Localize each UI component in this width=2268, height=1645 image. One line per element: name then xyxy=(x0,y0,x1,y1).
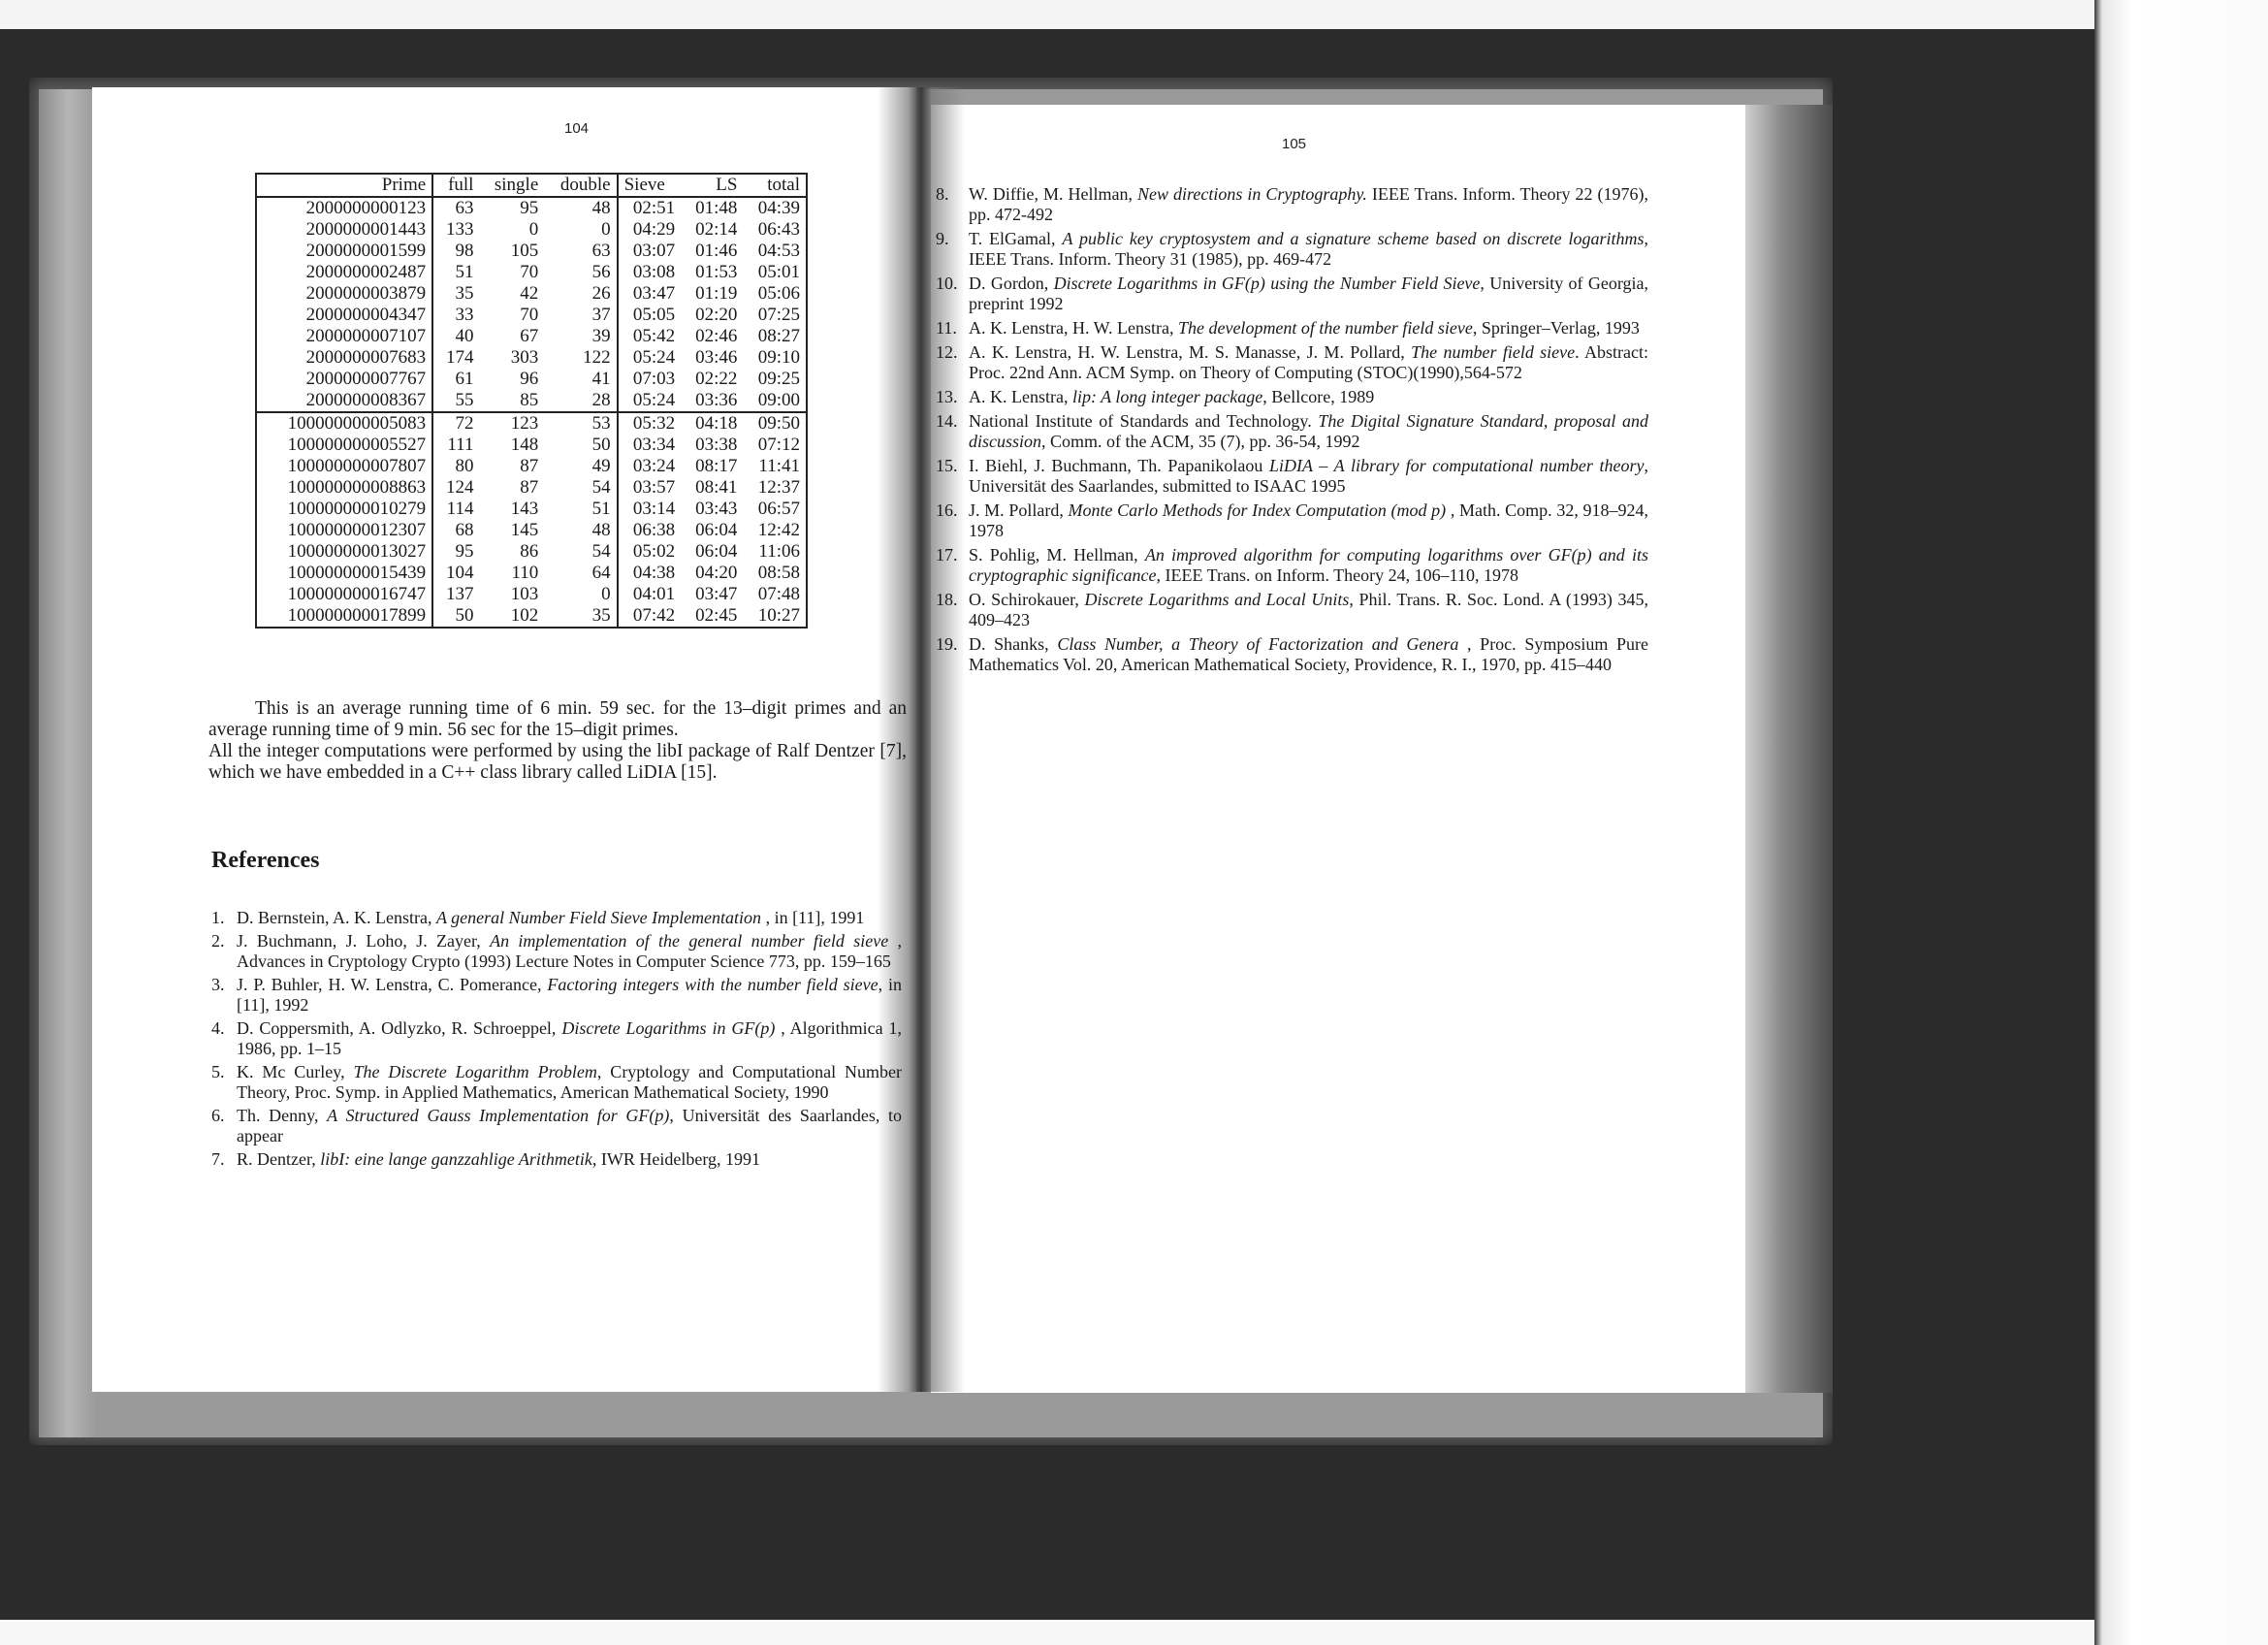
cell-double: 0 xyxy=(544,584,617,605)
reference-number: 9. xyxy=(936,229,949,249)
reference-item: 10.D. Gordon, Discrete Logarithms in GF(… xyxy=(936,274,1648,314)
cell-sieve: 05:24 xyxy=(618,347,682,369)
cell-prime: 2000000001599 xyxy=(256,241,432,262)
reference-number: 10. xyxy=(936,274,958,294)
cell-prime: 100000000015439 xyxy=(256,563,432,584)
cell-ls: 08:17 xyxy=(681,456,743,477)
cell-total: 07:12 xyxy=(743,435,807,456)
reference-number: 5. xyxy=(211,1062,225,1082)
cell-ls: 06:04 xyxy=(681,541,743,563)
cell-ls: 06:04 xyxy=(681,520,743,541)
cell-total: 09:10 xyxy=(743,347,807,369)
reference-authors: A. K. Lenstra, H. W. Lenstra, xyxy=(969,318,1178,338)
reference-title: Factoring integers with the number field… xyxy=(547,975,878,994)
cell-single: 87 xyxy=(479,477,544,499)
cell-single: 103 xyxy=(479,584,544,605)
cell-double: 26 xyxy=(544,283,617,305)
page-number-left: 104 xyxy=(564,120,589,137)
reference-details: , IEEE Trans. on Inform. Theory 24, 106–… xyxy=(1156,565,1517,585)
cell-total: 12:42 xyxy=(743,520,807,541)
reference-number: 4. xyxy=(211,1018,225,1039)
reference-item: 17.S. Pohlig, M. Hellman, An improved al… xyxy=(936,545,1648,586)
reference-number: 7. xyxy=(211,1149,225,1170)
cell-prime: 100000000010279 xyxy=(256,499,432,520)
cell-ls: 01:48 xyxy=(681,197,743,219)
cell-total: 05:06 xyxy=(743,283,807,305)
col-header-double: double xyxy=(544,174,617,197)
reference-authors: A. K. Lenstra, xyxy=(969,387,1072,406)
cell-single: 95 xyxy=(479,197,544,219)
reference-number: 8. xyxy=(936,184,949,205)
reference-title: LiDIA – A library for computational numb… xyxy=(1269,456,1645,475)
cell-ls: 01:46 xyxy=(681,241,743,262)
cell-sieve: 03:14 xyxy=(618,499,682,520)
table-row: 10000000000780780874903:2408:1711:41 xyxy=(256,456,807,477)
reference-details: , IWR Heidelberg, 1991 xyxy=(592,1149,760,1169)
reference-title: Discrete Logarithms in GF(p) xyxy=(561,1018,775,1038)
cell-full: 50 xyxy=(432,605,479,628)
cell-total: 07:25 xyxy=(743,305,807,326)
reference-title: A general Number Field Sieve Implementat… xyxy=(436,908,761,927)
reference-title: Discrete Logarithms and Local Units xyxy=(1085,590,1350,609)
cell-single: 303 xyxy=(479,347,544,369)
reference-authors: S. Pohlig, M. Hellman, xyxy=(969,545,1145,564)
reference-title: The number field sieve xyxy=(1411,342,1575,362)
table-header-row: Prime full single double Sieve LS total xyxy=(256,174,807,197)
table-row: 200000000768317430312205:2403:4609:10 xyxy=(256,347,807,369)
table-row: 1000000000055271111485003:3403:3807:12 xyxy=(256,435,807,456)
reference-item: 14.National Institute of Standards and T… xyxy=(936,411,1648,452)
cell-full: 104 xyxy=(432,563,479,584)
cell-total: 12:37 xyxy=(743,477,807,499)
reference-authors: D. Shanks, xyxy=(969,634,1057,654)
reference-item: 12.A. K. Lenstra, H. W. Lenstra, M. S. M… xyxy=(936,342,1648,383)
reference-authors: A. K. Lenstra, H. W. Lenstra, M. S. Mana… xyxy=(969,342,1411,362)
cell-full: 95 xyxy=(432,541,479,563)
table-row: 100000000005083721235305:3204:1809:50 xyxy=(256,412,807,435)
cell-sieve: 02:51 xyxy=(618,197,682,219)
cell-double: 64 xyxy=(544,563,617,584)
reference-authors: K. Mc Curley, xyxy=(237,1062,354,1081)
reference-item: 18.O. Schirokauer, Discrete Logarithms a… xyxy=(936,590,1648,630)
reference-title: The Discrete Logarithm Problem xyxy=(354,1062,597,1081)
reference-item: 4.D. Coppersmith, A. Odlyzko, R. Schroep… xyxy=(211,1018,902,1059)
reference-title: Class Number, a Theory of Factorization … xyxy=(1057,634,1458,654)
cell-full: 111 xyxy=(432,435,479,456)
cell-double: 39 xyxy=(544,326,617,347)
results-paragraph: This is an average running time of 6 min… xyxy=(208,698,907,784)
cell-full: 55 xyxy=(432,390,479,412)
cell-ls: 03:47 xyxy=(681,584,743,605)
cell-ls: 04:18 xyxy=(681,412,743,435)
reference-title: The development of the number field siev… xyxy=(1178,318,1473,338)
cell-sieve: 05:32 xyxy=(618,412,682,435)
cell-ls: 04:20 xyxy=(681,563,743,584)
reference-details: , Comm. of the ACM, 35 (7), pp. 36-54, 1… xyxy=(1041,432,1360,451)
reference-number: 12. xyxy=(936,342,958,363)
col-header-total: total xyxy=(743,174,807,197)
cell-total: 11:41 xyxy=(743,456,807,477)
reference-number: 11. xyxy=(936,318,957,339)
reference-title: libI: eine lange ganzzahlige Arithmetik xyxy=(320,1149,592,1169)
reference-title: lip: A long integer package xyxy=(1072,387,1262,406)
cell-double: 54 xyxy=(544,541,617,563)
table-row: 100000000012307681454806:3806:0412:42 xyxy=(256,520,807,541)
table-row: 2000000001599981056303:0701:4604:53 xyxy=(256,241,807,262)
scan-top-margin xyxy=(0,0,2268,29)
reference-item: 3.J. P. Buhler, H. W. Lenstra, C. Pomera… xyxy=(211,975,902,1016)
cell-single: 85 xyxy=(479,390,544,412)
cell-double: 54 xyxy=(544,477,617,499)
cell-full: 68 xyxy=(432,520,479,541)
cell-single: 70 xyxy=(479,305,544,326)
cell-single: 110 xyxy=(479,563,544,584)
reference-title: An implementation of the general number … xyxy=(490,931,888,951)
cell-total: 04:39 xyxy=(743,197,807,219)
table-row: 200000000387935422603:4701:1905:06 xyxy=(256,283,807,305)
cell-full: 63 xyxy=(432,197,479,219)
cell-full: 137 xyxy=(432,584,479,605)
cell-sieve: 07:03 xyxy=(618,369,682,390)
cell-full: 124 xyxy=(432,477,479,499)
cell-prime: 100000000016747 xyxy=(256,584,432,605)
reference-details: , in [11], 1991 xyxy=(761,908,864,927)
col-header-full: full xyxy=(432,174,479,197)
reference-item: 8.W. Diffie, M. Hellman, New directions … xyxy=(936,184,1648,225)
cell-double: 63 xyxy=(544,241,617,262)
cell-double: 122 xyxy=(544,347,617,369)
cell-single: 145 xyxy=(479,520,544,541)
reference-item: 9.T. ElGamal, A public key cryptosystem … xyxy=(936,229,1648,270)
reference-item: 13.A. K. Lenstra, lip: A long integer pa… xyxy=(936,387,1648,407)
table-row: 200000000012363954802:5101:4804:39 xyxy=(256,197,807,219)
reference-title: A Structured Gauss Implementation for GF… xyxy=(327,1106,669,1125)
reference-number: 17. xyxy=(936,545,958,565)
reference-item: 16.J. M. Pollard, Monte Carlo Methods fo… xyxy=(936,500,1648,541)
cell-double: 37 xyxy=(544,305,617,326)
cell-prime: 2000000007683 xyxy=(256,347,432,369)
cell-prime: 100000000008863 xyxy=(256,477,432,499)
cell-ls: 02:14 xyxy=(681,219,743,241)
reference-authors: J. Buchmann, J. Loho, J. Zayer, xyxy=(237,931,490,951)
cell-sieve: 05:02 xyxy=(618,541,682,563)
cell-double: 28 xyxy=(544,390,617,412)
cell-total: 05:01 xyxy=(743,262,807,283)
page-number-right: 105 xyxy=(1282,136,1306,152)
cell-total: 10:27 xyxy=(743,605,807,628)
cell-ls: 03:36 xyxy=(681,390,743,412)
cell-single: 148 xyxy=(479,435,544,456)
reference-authors: O. Schirokauer, xyxy=(969,590,1085,609)
references-heading: References xyxy=(211,848,320,874)
reference-number: 3. xyxy=(211,975,225,995)
cell-single: 0 xyxy=(479,219,544,241)
reference-number: 13. xyxy=(936,387,958,407)
cell-prime: 2000000004347 xyxy=(256,305,432,326)
cell-prime: 2000000001443 xyxy=(256,219,432,241)
cell-double: 51 xyxy=(544,499,617,520)
cell-single: 102 xyxy=(479,605,544,628)
cell-full: 80 xyxy=(432,456,479,477)
cell-ls: 02:46 xyxy=(681,326,743,347)
cell-full: 98 xyxy=(432,241,479,262)
reference-authors: D. Gordon, xyxy=(969,274,1054,293)
cell-sieve: 05:24 xyxy=(618,390,682,412)
right-page-edge-shadow xyxy=(1745,105,1833,1393)
cell-total: 07:48 xyxy=(743,584,807,605)
cell-prime: 100000000013027 xyxy=(256,541,432,563)
cell-full: 51 xyxy=(432,262,479,283)
reference-number: 1. xyxy=(211,908,225,928)
reference-number: 6. xyxy=(211,1106,225,1126)
table-row: 1000000000154391041106404:3804:2008:58 xyxy=(256,563,807,584)
cell-full: 114 xyxy=(432,499,479,520)
cell-total: 08:58 xyxy=(743,563,807,584)
cell-full: 174 xyxy=(432,347,479,369)
cell-sieve: 05:42 xyxy=(618,326,682,347)
reference-title: New directions in Cryptography. xyxy=(1137,184,1367,204)
reference-authors: National Institute of Standards and Tech… xyxy=(969,411,1318,431)
col-header-prime: Prime xyxy=(256,174,432,197)
cell-full: 133 xyxy=(432,219,479,241)
reference-item: 1.D. Bernstein, A. K. Lenstra, A general… xyxy=(211,908,902,928)
table-row: 200000000836755852805:2403:3609:00 xyxy=(256,390,807,412)
scan-bottom-margin xyxy=(0,1622,2094,1645)
cell-single: 123 xyxy=(479,412,544,435)
cell-ls: 02:20 xyxy=(681,305,743,326)
table-row: 100000000017899501023507:4202:4510:27 xyxy=(256,605,807,628)
cell-sieve: 04:38 xyxy=(618,563,682,584)
cell-prime: 100000000005083 xyxy=(256,412,432,435)
reference-list-right: 8.W. Diffie, M. Hellman, New directions … xyxy=(936,184,1648,679)
cell-total: 04:53 xyxy=(743,241,807,262)
cell-sieve: 05:05 xyxy=(618,305,682,326)
cell-single: 105 xyxy=(479,241,544,262)
cell-sieve: 04:01 xyxy=(618,584,682,605)
cell-ls: 03:38 xyxy=(681,435,743,456)
cell-prime: 100000000012307 xyxy=(256,520,432,541)
reference-title: Monte Carlo Methods for Index Computatio… xyxy=(1069,500,1447,520)
col-header-sieve: Sieve xyxy=(618,174,682,197)
cell-single: 87 xyxy=(479,456,544,477)
cell-single: 67 xyxy=(479,326,544,347)
cell-full: 35 xyxy=(432,283,479,305)
table-row: 1000000000102791141435103:1403:4306:57 xyxy=(256,499,807,520)
table-row: 200000000776761964107:0302:2209:25 xyxy=(256,369,807,390)
cell-single: 42 xyxy=(479,283,544,305)
reference-authors: J. P. Buhler, H. W. Lenstra, C. Pomeranc… xyxy=(237,975,547,994)
table-row: 10000000001302795865405:0206:0411:06 xyxy=(256,541,807,563)
reference-item: 6.Th. Denny, A Structured Gauss Implemen… xyxy=(211,1106,902,1146)
cell-double: 41 xyxy=(544,369,617,390)
cell-prime: 100000000005527 xyxy=(256,435,432,456)
cell-double: 49 xyxy=(544,456,617,477)
reference-authors: I. Biehl, J. Buchmann, Th. Papanikolaou xyxy=(969,456,1269,475)
table-row: 200000000248751705603:0801:5305:01 xyxy=(256,262,807,283)
col-header-ls: LS xyxy=(681,174,743,197)
reference-number: 15. xyxy=(936,456,958,476)
cell-double: 56 xyxy=(544,262,617,283)
reference-details: , Springer–Verlag, 1993 xyxy=(1473,318,1640,338)
cell-ls: 03:46 xyxy=(681,347,743,369)
cell-sieve: 07:42 xyxy=(618,605,682,628)
cell-ls: 01:19 xyxy=(681,283,743,305)
cell-double: 48 xyxy=(544,197,617,219)
cell-sieve: 03:07 xyxy=(618,241,682,262)
reference-authors: J. M. Pollard, xyxy=(969,500,1069,520)
reference-authors: D. Bernstein, A. K. Lenstra, xyxy=(237,908,436,927)
cell-sieve: 03:57 xyxy=(618,477,682,499)
cell-total: 06:43 xyxy=(743,219,807,241)
table-row: 20000000014431330004:2902:1406:43 xyxy=(256,219,807,241)
cell-full: 40 xyxy=(432,326,479,347)
cell-sieve: 03:47 xyxy=(618,283,682,305)
cell-total: 09:50 xyxy=(743,412,807,435)
cell-sieve: 03:08 xyxy=(618,262,682,283)
reference-details: , Bellcore, 1989 xyxy=(1262,387,1374,406)
cell-total: 11:06 xyxy=(743,541,807,563)
reference-authors: Th. Denny, xyxy=(237,1106,327,1125)
reference-number: 18. xyxy=(936,590,958,610)
col-header-single: single xyxy=(479,174,544,197)
paragraph-average-times: This is an average running time of 6 min… xyxy=(208,698,907,741)
cell-prime: 100000000007807 xyxy=(256,456,432,477)
cell-single: 86 xyxy=(479,541,544,563)
reference-number: 16. xyxy=(936,500,958,521)
reference-authors: D. Coppersmith, A. Odlyzko, R. Schroeppe… xyxy=(237,1018,561,1038)
cell-double: 35 xyxy=(544,605,617,628)
reference-item: 7.R. Dentzer, libI: eine lange ganzzahli… xyxy=(211,1149,902,1170)
reference-number: 14. xyxy=(936,411,958,432)
table-row: 100000000016747137103004:0103:4707:48 xyxy=(256,584,807,605)
cell-sieve: 04:29 xyxy=(618,219,682,241)
cell-sieve: 03:34 xyxy=(618,435,682,456)
reference-number: 19. xyxy=(936,634,958,655)
reference-number: 2. xyxy=(211,931,225,952)
reference-authors: R. Dentzer, xyxy=(237,1149,320,1169)
cell-total: 08:27 xyxy=(743,326,807,347)
cell-prime: 2000000008367 xyxy=(256,390,432,412)
cell-single: 70 xyxy=(479,262,544,283)
cell-ls: 03:43 xyxy=(681,499,743,520)
cell-total: 09:00 xyxy=(743,390,807,412)
cell-ls: 02:45 xyxy=(681,605,743,628)
table-row: 100000000008863124875403:5708:4112:37 xyxy=(256,477,807,499)
cell-total: 09:25 xyxy=(743,369,807,390)
cell-full: 61 xyxy=(432,369,479,390)
cell-sieve: 03:24 xyxy=(618,456,682,477)
reference-title: Discrete Logarithms in GF(p) using the N… xyxy=(1054,274,1481,293)
reference-authors: W. Diffie, M. Hellman, xyxy=(969,184,1137,204)
cell-double: 48 xyxy=(544,520,617,541)
reference-item: 5.K. Mc Curley, The Discrete Logarithm P… xyxy=(211,1062,902,1103)
reference-item: 15.I. Biehl, J. Buchmann, Th. Papanikola… xyxy=(936,456,1648,497)
cell-ls: 02:22 xyxy=(681,369,743,390)
table-row: 200000000710740673905:4202:4608:27 xyxy=(256,326,807,347)
scan-right-margin xyxy=(2094,0,2268,1645)
cell-single: 143 xyxy=(479,499,544,520)
cell-prime: 2000000003879 xyxy=(256,283,432,305)
cell-prime: 2000000000123 xyxy=(256,197,432,219)
cell-double: 0 xyxy=(544,219,617,241)
cell-sieve: 06:38 xyxy=(618,520,682,541)
reference-authors: T. ElGamal, xyxy=(969,229,1062,248)
paragraph-libi: All the integer computations were perfor… xyxy=(208,741,907,784)
cell-double: 50 xyxy=(544,435,617,456)
cell-double: 53 xyxy=(544,412,617,435)
cell-full: 72 xyxy=(432,412,479,435)
cell-ls: 01:53 xyxy=(681,262,743,283)
table-row: 200000000434733703705:0502:2007:25 xyxy=(256,305,807,326)
reference-item: 19.D. Shanks, Class Number, a Theory of … xyxy=(936,634,1648,675)
cell-prime: 100000000017899 xyxy=(256,605,432,628)
reference-item: 11.A. K. Lenstra, H. W. Lenstra, The dev… xyxy=(936,318,1648,339)
timing-table: Prime full single double Sieve LS total … xyxy=(255,173,808,629)
cell-full: 33 xyxy=(432,305,479,326)
cell-prime: 2000000002487 xyxy=(256,262,432,283)
reference-item: 2.J. Buchmann, J. Loho, J. Zayer, An imp… xyxy=(211,931,902,972)
cell-total: 06:57 xyxy=(743,499,807,520)
cell-single: 96 xyxy=(479,369,544,390)
reference-list-left: 1.D. Bernstein, A. K. Lenstra, A general… xyxy=(211,908,902,1173)
cell-prime: 2000000007107 xyxy=(256,326,432,347)
reference-title: A public key cryptosystem and a signatur… xyxy=(1062,229,1644,248)
cell-prime: 2000000007767 xyxy=(256,369,432,390)
cell-ls: 08:41 xyxy=(681,477,743,499)
